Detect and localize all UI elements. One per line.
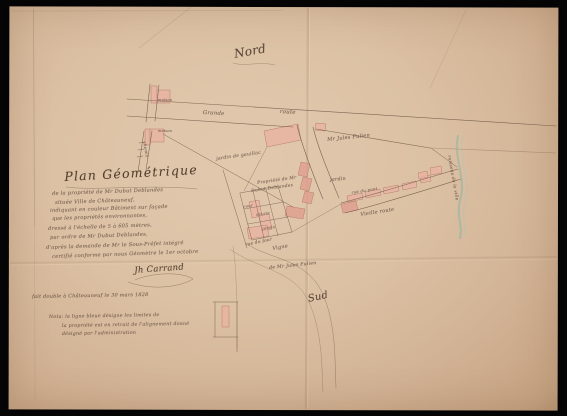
label-maison-north: maison bbox=[158, 98, 172, 102]
road-label-grande: Grande bbox=[203, 110, 225, 117]
scan-background: Nord Sud Grande route maison maison chem… bbox=[0, 0, 567, 416]
buildings-wash bbox=[145, 86, 442, 327]
label-maison-south: maison bbox=[158, 129, 172, 133]
road-label-route: route bbox=[280, 109, 296, 116]
stream-water bbox=[457, 136, 467, 238]
